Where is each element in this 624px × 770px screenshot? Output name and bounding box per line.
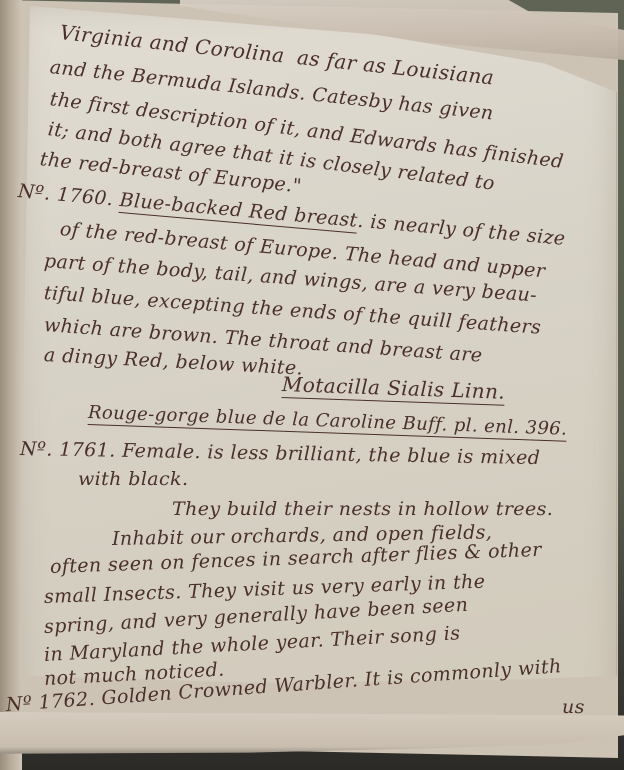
text-segment: . is nearly of the size [357, 210, 567, 250]
text-line-16: They build their nests in hollow trees. [172, 498, 553, 520]
catchword: us [562, 696, 585, 718]
entry-number: Nº. 1761. [20, 438, 116, 462]
synonym-line: Rouge-gorge blue de la Caroline Buff. pl… [88, 402, 568, 442]
text-segment: as far as Louisiana [296, 45, 495, 90]
handwritten-text: Virginia and Corolina as far as Louisian… [0, 0, 624, 770]
entry-number: Nº 1762. [5, 688, 96, 716]
text-line-15: with black. [78, 468, 188, 490]
entry-number: Nº. 1760. [17, 180, 114, 210]
entry-1761-heading: Nº. 1761. Female. is less brilliant, the… [20, 438, 541, 469]
scientific-name: Motacilla Sialis Linn. [282, 372, 506, 406]
text-segment: Female. is less brilliant, the blue is m… [122, 440, 541, 469]
